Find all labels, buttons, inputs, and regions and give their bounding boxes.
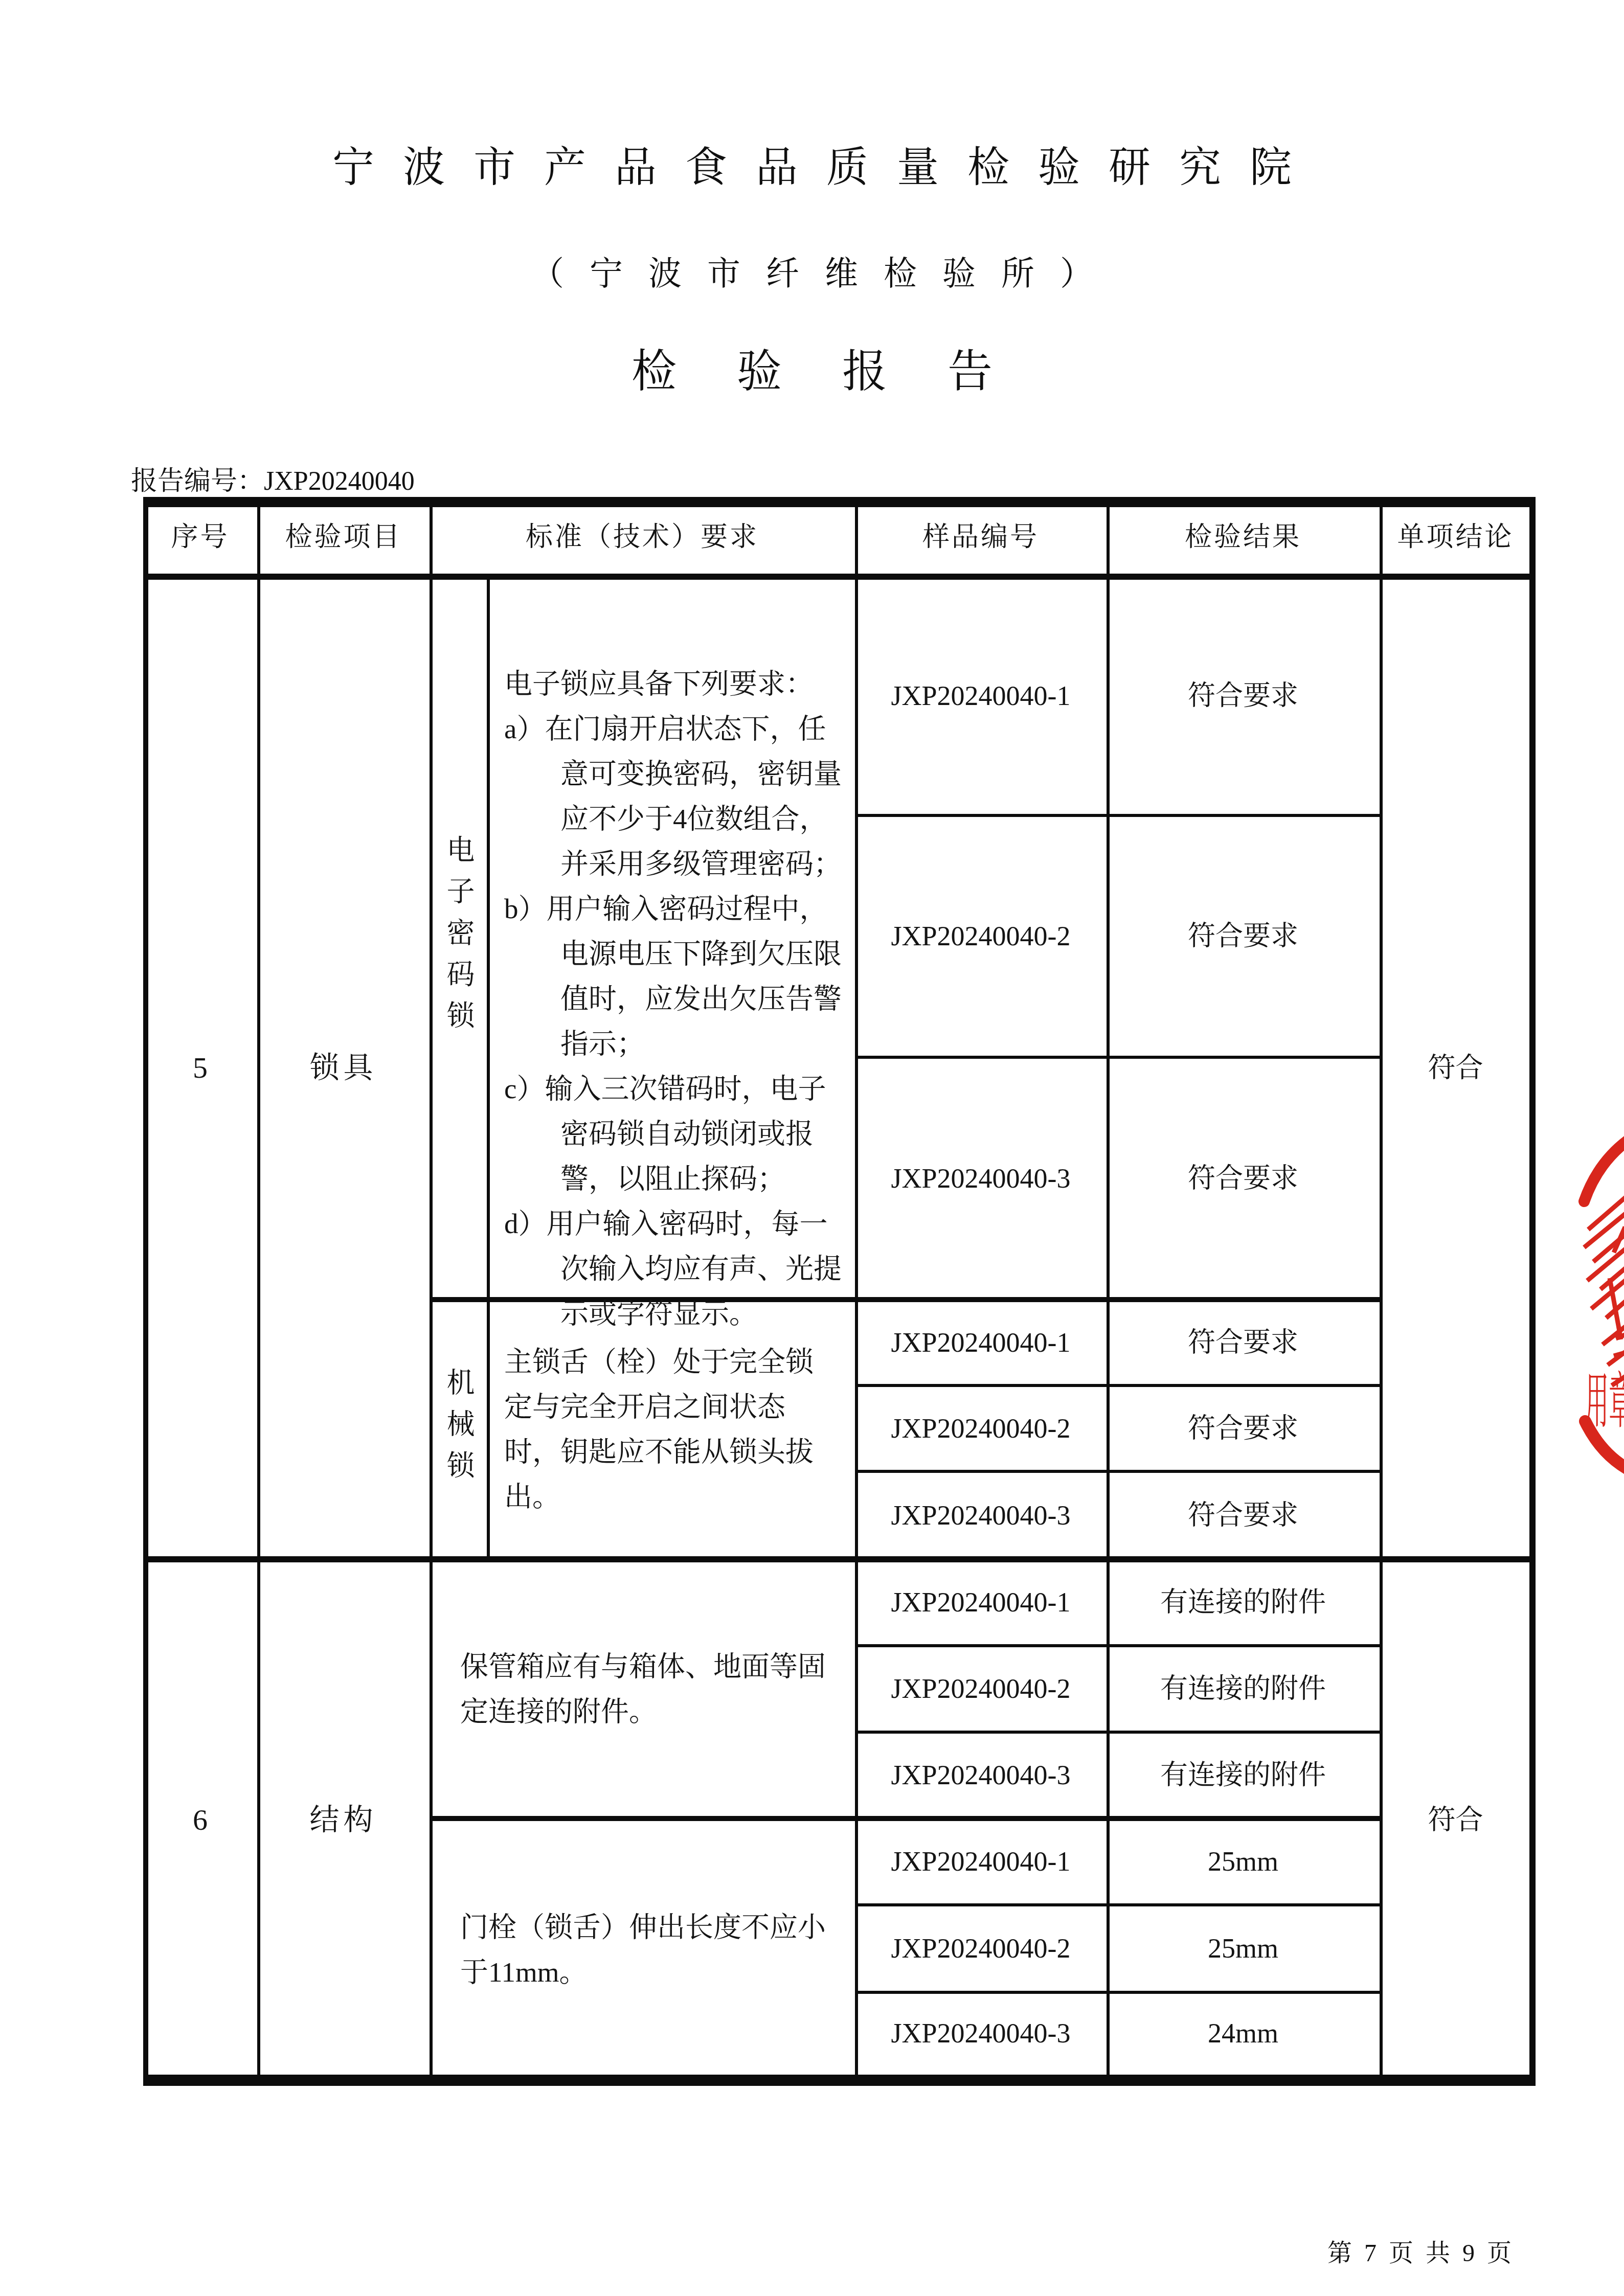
document-title: 检验报告 [0,335,1624,400]
sample-result: 符合要求 [1107,1385,1380,1471]
sample-result: 符合要求 [1107,1300,1380,1385]
seal-visible-text: 用章 [1585,1369,1624,1436]
org-subtitle: （宁波市纤维检验所） [0,246,1624,294]
report-page: 宁波市产品食品质量检验研究院 （宁波市纤维检验所） 检验报告 报告编号：JXP2… [0,0,1624,2296]
sample-id: JXP20240040-2 [855,1646,1107,1732]
header-requirement: 标准（技术）要求 [430,499,855,577]
row6-conclusion: 符合 [1380,1559,1531,2081]
row5-electronic-label: 电子密码锁 [430,577,487,1300]
page-footer: 第 7 页 共 9 页 [1327,2233,1515,2268]
row5-conclusion: 符合 [1380,577,1531,1559]
row5-electronic-requirement: 电子锁应具备下列要求： a）在门扇开启状态下，任 意可变换密码，密钥量 应不少于… [504,577,852,1336]
sample-result: 25mm [1107,1818,1380,1905]
sample-id: JXP20240040-2 [855,1385,1107,1471]
sample-result: 有连接的附件 [1107,1732,1380,1818]
sample-result: 24mm [1107,1992,1380,2075]
sample-id: JXP20240040-1 [855,577,1107,815]
sample-id: JXP20240040-2 [855,815,1107,1057]
row6-bolt-requirement: 门栓（锁舌）伸出长度不应小 于11mm。 [460,1818,849,2081]
sample-id: JXP20240040-1 [855,1300,1107,1385]
sample-id: JXP20240040-3 [855,1992,1107,2075]
sample-result: 有连接的附件 [1107,1646,1380,1732]
row5-mechanical-label: 机械锁 [430,1300,487,1559]
sublabel-col-line [487,577,490,1559]
sample-result: 符合要求 [1107,1057,1380,1300]
row5-seq: 5 [143,577,257,1559]
sample-id: JXP20240040-1 [855,1559,1107,1646]
sample-result: 有连接的附件 [1107,1559,1380,1646]
sample-id: JXP20240040-2 [855,1905,1107,1992]
seal-ring-top-arc [1584,1138,1624,1201]
report-number: 报告编号：JXP20240040 [131,459,415,497]
header-sample-no: 样品编号 [855,499,1107,577]
sample-id: JXP20240040-3 [855,1471,1107,1559]
sample-id: JXP20240040-1 [855,1818,1107,1905]
header-item: 检验项目 [257,499,430,577]
header-seq: 序号 [143,499,257,577]
row6-seq: 6 [143,1559,257,2081]
header-conclusion: 单项结论 [1380,499,1531,577]
sample-result: 符合要求 [1107,815,1380,1057]
sample-result: 符合要求 [1107,1471,1380,1559]
sample-result: 符合要求 [1107,577,1380,815]
row6-item: 结构 [257,1559,430,2081]
sample-id: JXP20240040-3 [855,1732,1107,1818]
row5-item: 锁具 [257,577,430,1559]
sample-result: 25mm [1107,1905,1380,1992]
header-result: 检验结果 [1107,499,1380,577]
sample-id: JXP20240040-3 [855,1057,1107,1300]
row5-mechanical-requirement: 主锁舌（栓）处于完全锁 定与完全开启之间状态 时，钥匙应不能从锁头拔 出。 [504,1300,852,1559]
red-seal-stamp: 用章 [1578,1125,1624,1483]
row6-fixture-requirement: 保管箱应有与箱体、地面等固 定连接的附件。 [460,1559,849,1818]
org-title: 宁波市产品食品质量检验研究院 [0,134,1624,194]
